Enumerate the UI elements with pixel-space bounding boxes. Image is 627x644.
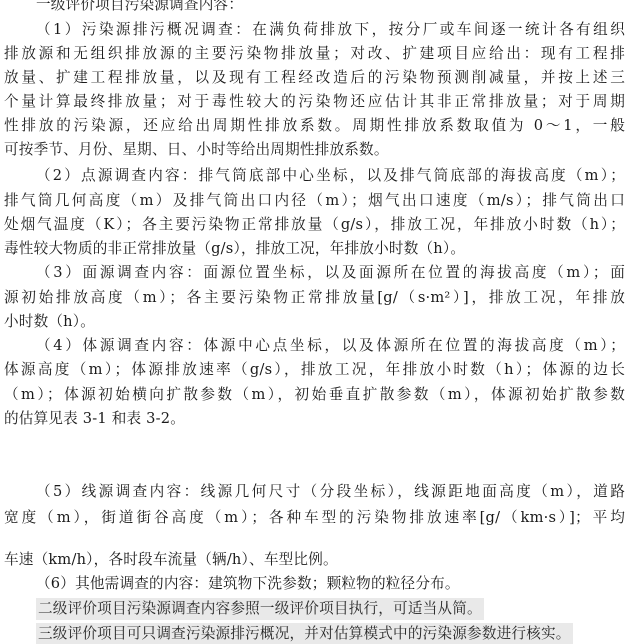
paragraph-line: 的估算见表 3-1 和表 3-2。 (4, 408, 625, 430)
paragraph-line: 排放源和无组织排放源的主要污染物排放量；对改、扩建项目应给出：现有工程排 (4, 43, 625, 65)
paragraph-line: （6）其他需调查的内容：建筑物下洗参数；颗粒物的粒径分布。 (36, 573, 625, 595)
paragraph-line: 车速（km/h），各时段车流量（辆/h）、车型比例。 (4, 549, 625, 571)
paragraph-line: （m）；体源初始横向扩散参数（m），初始垂直扩散参数（m），体源初始扩散参数 (4, 384, 625, 406)
paragraph-line: （4）体源调查内容：体源中心点坐标，以及体源所在位置的海拔高度（m）； (36, 335, 625, 357)
paragraph-line: 二级评价项目污染源调查内容参照一级评价项目执行，可适当从简。 (36, 598, 484, 620)
paragraph-line: 三级评价项目可只调查污染源排污概况，并对估算模式中的污染源参数进行核实。 (36, 623, 573, 644)
paragraph-line: 排气筒几何高度（m）及排气筒出口内径（m）；烟气出口速度（m/s）；排气筒出口 (4, 190, 625, 212)
paragraph-line: 个量计算最终排放量；对于毒性较大的污染物还应估计其非正常排放量；对于周期 (4, 91, 625, 113)
paragraph-line: 处烟气温度（K）；各主要污染物正常排放量（g/s），排放工况，年排放小时数（h）… (4, 214, 625, 236)
paragraph-line: （2）点源调查内容：排气筒底部中心坐标，以及排气筒底部的海拔高度（m）； (36, 165, 625, 187)
paragraph-line: 源初始排放高度（m）；各主要污染物正常排放量[g/（s·m²）]，排放工况，年排… (4, 287, 625, 309)
section-heading: 一级评价项目污染源调查内容： (36, 0, 625, 16)
paragraph-line: 体源高度（m）；体源排放速率（g/s），排放工况，年排放小时数（h）；体源的边长 (4, 359, 625, 381)
paragraph-line: 放量、扩建工程排放量，以及现有工程经改造后的污染物预测削减量，并按上述三 (4, 67, 625, 89)
paragraph-line: 小时数（h）。 (4, 311, 625, 333)
paragraph-line: （1）污染源排污概况调查：在满负荷排放下，按分厂或车间逐一统计各有组织 (36, 19, 625, 41)
paragraph-line: （3）面源调查内容：面源位置坐标，以及面源所在位置的海拔高度（m）；面 (36, 262, 625, 284)
paragraph-line: （5）线源调查内容：线源几何尺寸（分段坐标），线源距地面高度（m），道路 (36, 481, 625, 503)
paragraph-line: 毒性较大物质的非正常排放量（g/s），排放工况，年排放小时数（h）。 (4, 238, 625, 260)
paragraph-line: 宽度（m），街道街谷高度（m）；各种车型的污染物排放速率[g/（km·s）]；平… (4, 507, 625, 529)
paragraph-line: 性排放的污染源，还应给出周期性排放系数。周期性排放系数取值为 0～1，一般 (4, 115, 625, 137)
paragraph-line: 可按季节、月份、星期、日、小时等给出周期性排放系数。 (4, 139, 625, 161)
